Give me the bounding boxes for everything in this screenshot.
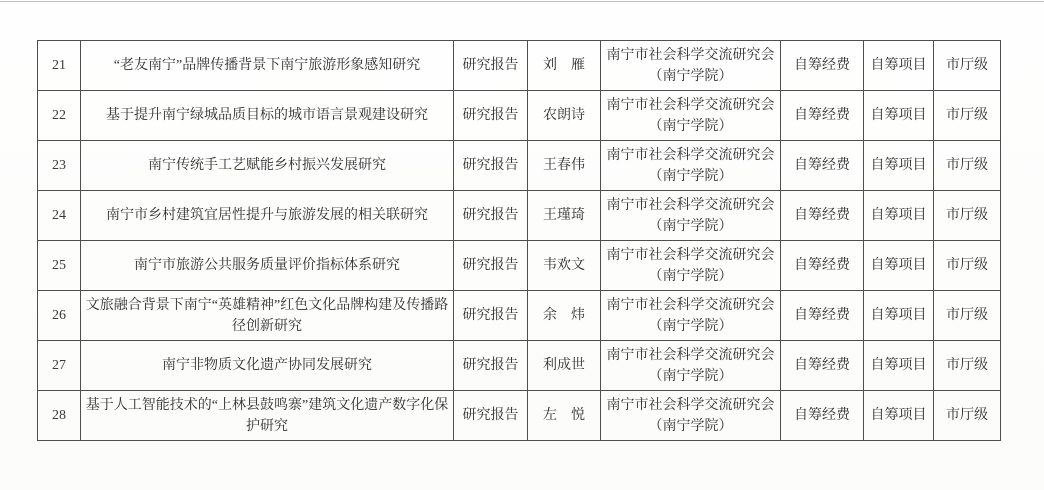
cell-project-level: 市厅级: [934, 141, 1001, 191]
cell-leader-name: 利成世: [528, 341, 601, 391]
cell-funding-source: 自筹经费: [781, 241, 864, 291]
cell-project-title: “老友南宁”品牌传播背景下南宁旅游形象感知研究: [81, 41, 454, 91]
cell-result-type: 研究报告: [454, 91, 528, 141]
cell-organization: 南宁市社会科学交流研究会（南宁学院）: [601, 91, 781, 141]
cell-leader-name: 王春伟: [528, 141, 601, 191]
table-row: 22 基于提升南宁绿城品质目标的城市语言景观建设研究 研究报告 农朗诗 南宁市社…: [38, 91, 1001, 141]
cell-project-level: 市厅级: [934, 341, 1001, 391]
cell-project-category: 自筹项目: [864, 241, 934, 291]
cell-organization: 南宁市社会科学交流研究会（南宁学院）: [601, 191, 781, 241]
cell-result-type: 研究报告: [454, 291, 528, 341]
cell-result-type: 研究报告: [454, 241, 528, 291]
cell-project-level: 市厅级: [934, 91, 1001, 141]
cell-organization: 南宁市社会科学交流研究会（南宁学院）: [601, 41, 781, 91]
cell-project-category: 自筹项目: [864, 91, 934, 141]
cell-leader-name: 余 炜: [528, 291, 601, 341]
cell-leader-name: 左 悦: [528, 391, 601, 441]
cell-project-level: 市厅级: [934, 191, 1001, 241]
cell-project-category: 自筹项目: [864, 291, 934, 341]
table-row: 24 南宁市乡村建筑宜居性提升与旅游发展的相关联研究 研究报告 王瑾琦 南宁市社…: [38, 191, 1001, 241]
cell-result-type: 研究报告: [454, 141, 528, 191]
table-row: 25 南宁市旅游公共服务质量评价指标体系研究 研究报告 韦欢文 南宁市社会科学交…: [38, 241, 1001, 291]
cell-result-type: 研究报告: [454, 341, 528, 391]
cell-leader-name: 韦欢文: [528, 241, 601, 291]
scanned-document-page: 21 “老友南宁”品牌传播背景下南宁旅游形象感知研究 研究报告 刘 雁 南宁市社…: [0, 0, 1044, 490]
cell-project-category: 自筹项目: [864, 341, 934, 391]
cell-organization: 南宁市社会科学交流研究会（南宁学院）: [601, 291, 781, 341]
cell-funding-source: 自筹经费: [781, 341, 864, 391]
previous-row-border-fragment: [0, 1, 1044, 2]
cell-result-type: 研究报告: [454, 41, 528, 91]
table-row: 28 基于人工智能技术的“上林县鼓鸣寨”建筑文化遗产数字化保护研究 研究报告 左…: [38, 391, 1001, 441]
cell-project-title: 文旅融合背景下南宁“英雄精神”红色文化品牌构建及传播路径创新研究: [81, 291, 454, 341]
cell-result-type: 研究报告: [454, 191, 528, 241]
table-row: 26 文旅融合背景下南宁“英雄精神”红色文化品牌构建及传播路径创新研究 研究报告…: [38, 291, 1001, 341]
project-list-table: 21 “老友南宁”品牌传播背景下南宁旅游形象感知研究 研究报告 刘 雁 南宁市社…: [37, 40, 1001, 441]
cell-seq-number: 24: [38, 191, 81, 241]
cell-seq-number: 27: [38, 341, 81, 391]
cell-project-category: 自筹项目: [864, 391, 934, 441]
cell-leader-name: 农朗诗: [528, 91, 601, 141]
cell-funding-source: 自筹经费: [781, 291, 864, 341]
cell-project-title: 基于提升南宁绿城品质目标的城市语言景观建设研究: [81, 91, 454, 141]
cell-project-level: 市厅级: [934, 241, 1001, 291]
cell-project-category: 自筹项目: [864, 41, 934, 91]
cell-project-title: 南宁非物质文化遗产协同发展研究: [81, 341, 454, 391]
cell-seq-number: 28: [38, 391, 81, 441]
cell-funding-source: 自筹经费: [781, 191, 864, 241]
cell-project-category: 自筹项目: [864, 141, 934, 191]
cell-organization: 南宁市社会科学交流研究会（南宁学院）: [601, 341, 781, 391]
cell-funding-source: 自筹经费: [781, 91, 864, 141]
cell-seq-number: 23: [38, 141, 81, 191]
cell-project-title: 南宁市旅游公共服务质量评价指标体系研究: [81, 241, 454, 291]
cell-project-level: 市厅级: [934, 391, 1001, 441]
cell-funding-source: 自筹经费: [781, 141, 864, 191]
table-row: 27 南宁非物质文化遗产协同发展研究 研究报告 利成世 南宁市社会科学交流研究会…: [38, 341, 1001, 391]
table-row: 21 “老友南宁”品牌传播背景下南宁旅游形象感知研究 研究报告 刘 雁 南宁市社…: [38, 41, 1001, 91]
cell-project-level: 市厅级: [934, 41, 1001, 91]
cell-project-title: 基于人工智能技术的“上林县鼓鸣寨”建筑文化遗产数字化保护研究: [81, 391, 454, 441]
cell-result-type: 研究报告: [454, 391, 528, 441]
cell-leader-name: 王瑾琦: [528, 191, 601, 241]
cell-organization: 南宁市社会科学交流研究会（南宁学院）: [601, 141, 781, 191]
cell-project-level: 市厅级: [934, 291, 1001, 341]
cell-project-title: 南宁市乡村建筑宜居性提升与旅游发展的相关联研究: [81, 191, 454, 241]
table-row: 23 南宁传统手工艺赋能乡村振兴发展研究 研究报告 王春伟 南宁市社会科学交流研…: [38, 141, 1001, 191]
cell-funding-source: 自筹经费: [781, 41, 864, 91]
cell-seq-number: 25: [38, 241, 81, 291]
cell-seq-number: 26: [38, 291, 81, 341]
cell-organization: 南宁市社会科学交流研究会（南宁学院）: [601, 391, 781, 441]
cell-leader-name: 刘 雁: [528, 41, 601, 91]
cell-project-category: 自筹项目: [864, 191, 934, 241]
cell-project-title: 南宁传统手工艺赋能乡村振兴发展研究: [81, 141, 454, 191]
cell-seq-number: 21: [38, 41, 81, 91]
cell-funding-source: 自筹经费: [781, 391, 864, 441]
cell-seq-number: 22: [38, 91, 81, 141]
cell-organization: 南宁市社会科学交流研究会（南宁学院）: [601, 241, 781, 291]
